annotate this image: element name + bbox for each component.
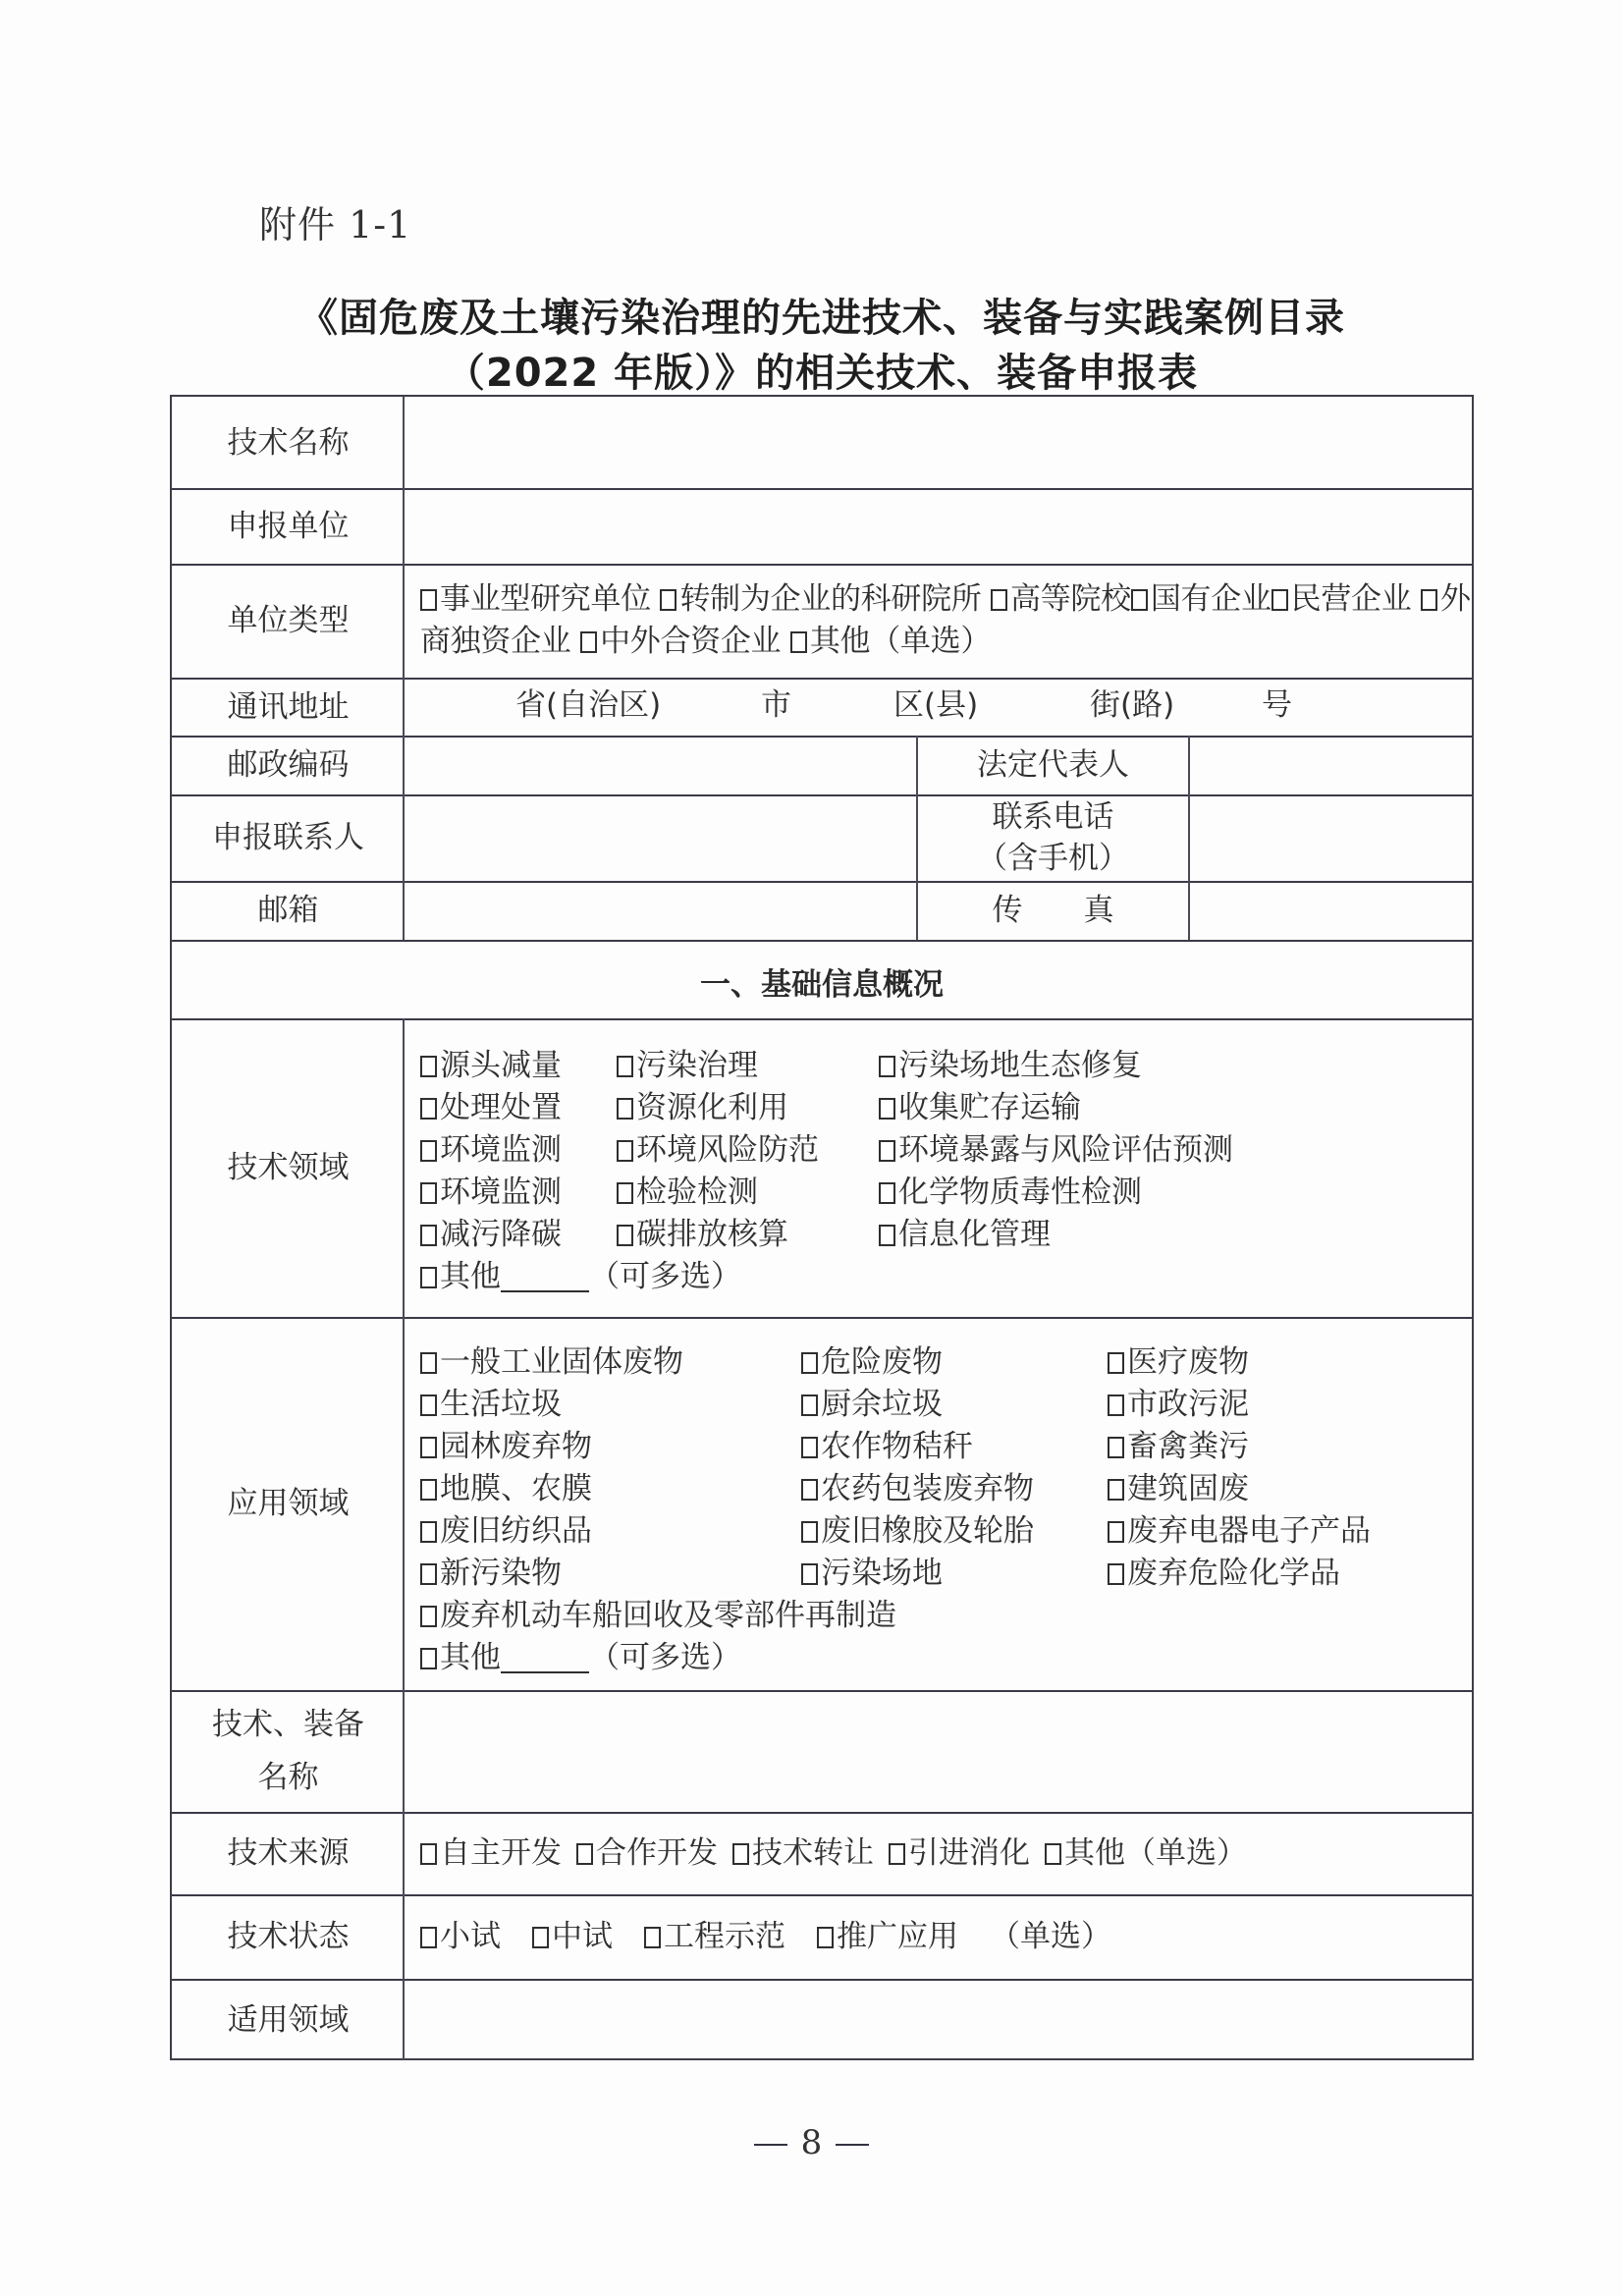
checkbox-icon[interactable]	[879, 1225, 895, 1246]
page-number: 8	[0, 2123, 1623, 2162]
dash-right	[836, 2144, 869, 2146]
checkbox-icon[interactable]	[1271, 589, 1288, 611]
checkbox-icon[interactable]	[420, 1927, 437, 1948]
checkbox-icon[interactable]	[532, 1927, 549, 1948]
address-street: 街(路)	[1090, 684, 1174, 727]
email-label: 邮箱	[172, 881, 405, 940]
checkbox-icon[interactable]	[617, 1098, 633, 1120]
form-title-line1: 《固危废及土壤污染治理的先进技术、装备与实践案例目录	[170, 287, 1474, 343]
tech-source-option[interactable]: 其他	[1045, 1835, 1125, 1871]
checkbox-icon[interactable]	[420, 1843, 437, 1865]
postal-code-field[interactable]	[405, 736, 916, 794]
tech-field-option[interactable]: 源头减量	[420, 1045, 562, 1087]
checkbox-icon[interactable]	[617, 1140, 633, 1162]
tech-name-label: 技术名称	[172, 397, 405, 488]
address-district: 区(县)	[893, 684, 978, 727]
tech-status-label: 技术状态	[172, 1894, 405, 1979]
other-blank-input[interactable]	[501, 1642, 589, 1673]
checkbox-icon[interactable]	[420, 1521, 437, 1543]
checkbox-icon[interactable]	[1108, 1437, 1124, 1458]
app-field-option[interactable]: 医疗废物	[1108, 1341, 1249, 1384]
unit-type-label: 单位类型	[172, 564, 405, 678]
checkbox-icon[interactable]	[801, 1563, 818, 1585]
app-field-option[interactable]: 建筑固废	[1108, 1468, 1249, 1510]
checkbox-icon[interactable]	[420, 1394, 437, 1416]
unit-type-option[interactable]: 事业型研究单位	[420, 581, 651, 617]
checkbox-icon[interactable]	[817, 1927, 834, 1948]
checkbox-icon[interactable]	[1108, 1352, 1124, 1374]
unit-type-option[interactable]: 其他	[790, 624, 870, 659]
checkbox-icon[interactable]	[617, 1056, 633, 1077]
app-field-option[interactable]: 新污染物	[420, 1553, 562, 1595]
app-field-label: 应用领域	[172, 1317, 405, 1690]
tech-status-options: 小试中试工程示范推广应用（单选）	[420, 1916, 1111, 1958]
fax-label: 传 真	[918, 881, 1188, 940]
application-form-table: 技术名称 申报单位 单位类型 事业型研究单位 转制为企业的科研院所 高等院校国有…	[170, 395, 1474, 2060]
tech-field-option[interactable]: 收集贮存运输	[879, 1087, 1081, 1129]
tech-source-label: 技术来源	[172, 1812, 405, 1894]
checkbox-icon[interactable]	[732, 1843, 749, 1865]
equip-name-field[interactable]	[405, 1690, 1474, 1812]
checkbox-icon[interactable]	[879, 1140, 895, 1162]
tech-field-option[interactable]: 碳排放核算	[617, 1214, 788, 1256]
app-field-option[interactable]: 厨余垃圾	[801, 1384, 943, 1426]
email-field[interactable]	[405, 881, 916, 940]
phone-field[interactable]	[1190, 794, 1474, 881]
tech-field-option[interactable]: 环境监测	[420, 1172, 562, 1214]
address-label: 通讯地址	[172, 678, 405, 736]
checkbox-icon[interactable]	[420, 589, 437, 611]
checkbox-icon[interactable]	[580, 631, 597, 653]
tech-field-option[interactable]: 信息化管理	[879, 1214, 1051, 1256]
tech-field-option[interactable]: 资源化利用	[617, 1087, 788, 1129]
tech-source-options: 自主开发合作开发技术转让引进消化其他（单选）	[420, 1832, 1247, 1875]
checkbox-icon[interactable]	[420, 1140, 437, 1162]
unit-type-option[interactable]: 中外合资企业	[580, 624, 781, 659]
section-title-basic-info: 一、基础信息概况	[172, 959, 1472, 1004]
equip-name-label: 技术、装备 名称	[172, 1690, 405, 1812]
app-field-option[interactable]: 污染场地	[801, 1553, 943, 1595]
tech-source-option[interactable]: 合作开发	[576, 1832, 718, 1875]
checkbox-icon[interactable]	[420, 1563, 437, 1585]
tech-field-other-option[interactable]: 其他（可多选）	[420, 1256, 741, 1298]
checkbox-icon[interactable]	[420, 1098, 437, 1120]
app-field-option[interactable]: 一般工业固体废物	[420, 1341, 683, 1384]
checkbox-icon[interactable]	[801, 1394, 818, 1416]
checkbox-icon[interactable]	[660, 589, 676, 611]
applicant-unit-label: 申报单位	[172, 488, 405, 564]
app-field-option[interactable]: 农作物秸秆	[801, 1426, 973, 1468]
tech-source-option[interactable]: 引进消化	[889, 1832, 1030, 1875]
checkbox-icon[interactable]	[420, 1056, 437, 1077]
checkbox-icon[interactable]	[1131, 589, 1148, 611]
dash-left	[754, 2144, 787, 2146]
checkbox-icon[interactable]	[1421, 589, 1437, 611]
checkbox-icon[interactable]	[420, 1479, 437, 1501]
app-field-option[interactable]: 生活垃圾	[420, 1384, 562, 1426]
checkbox-icon[interactable]	[1108, 1394, 1124, 1416]
fax-field[interactable]	[1190, 881, 1474, 940]
checkbox-icon[interactable]	[617, 1182, 633, 1204]
checkbox-icon[interactable]	[879, 1098, 895, 1120]
unit-type-option[interactable]: 高等院校	[991, 581, 1131, 617]
checkbox-icon[interactable]	[801, 1352, 818, 1374]
app-field-option[interactable]: 农药包装废弃物	[801, 1468, 1034, 1510]
tech-field-option[interactable]: 环境风险防范	[617, 1129, 819, 1172]
checkbox-icon[interactable]	[644, 1927, 661, 1948]
tech-field-option[interactable]: 检验检测	[617, 1172, 758, 1214]
applicable-field-label: 适用领域	[172, 1979, 405, 2060]
unit-type-option[interactable]: 民营企业	[1271, 581, 1412, 617]
checkbox-icon[interactable]	[1108, 1563, 1124, 1585]
app-field-option[interactable]: 废旧纺织品	[420, 1510, 592, 1553]
address-province: 省(自治区)	[515, 684, 661, 727]
checkbox-icon[interactable]	[617, 1225, 633, 1246]
app-field-option[interactable]: 畜禽粪污	[1108, 1426, 1249, 1468]
contact-person-field[interactable]	[405, 794, 916, 881]
tech-name-field[interactable]	[405, 397, 1474, 488]
tech-source-option[interactable]: 技术转让	[732, 1832, 874, 1875]
form-title-line2: （2022 年版）》的相关技术、装备申报表	[170, 342, 1474, 398]
unit-type-option[interactable]: 国有企业	[1131, 581, 1271, 617]
app-field-other-option[interactable]: 其他（可多选）	[420, 1637, 741, 1679]
tech-field-option[interactable]: 处理处置	[420, 1087, 562, 1129]
phone-label: 联系电话 （含手机）	[918, 794, 1188, 881]
address-number: 号	[1262, 684, 1292, 727]
unit-type-option[interactable]: 转制为企业的科研院所	[660, 581, 981, 617]
checkbox-icon[interactable]	[879, 1056, 895, 1077]
other-blank-input[interactable]	[501, 1261, 589, 1292]
row-divider	[172, 940, 1472, 942]
single-select-note: （单选）	[990, 1919, 1111, 1954]
tech-source-option[interactable]: 自主开发	[420, 1832, 562, 1875]
applicable-field-input[interactable]	[405, 1979, 1474, 2060]
app-field-option[interactable]: 危险废物	[801, 1341, 943, 1384]
contact-person-label: 申报联系人	[172, 794, 405, 881]
checkbox-icon[interactable]	[420, 1437, 437, 1458]
app-field-option[interactable]: 废弃机动车船回收及零部件再制造	[420, 1595, 896, 1637]
unit-type-options: 事业型研究单位 转制为企业的科研院所 高等院校国有企业民营企业 外商独资企业 中…	[420, 578, 1471, 663]
tech-field-option[interactable]: 污染治理	[617, 1045, 758, 1087]
app-field-option[interactable]: 地膜、农膜	[420, 1468, 592, 1510]
tech-status-option[interactable]: 中试	[532, 1916, 613, 1958]
checkbox-icon[interactable]	[991, 589, 1007, 611]
checkbox-icon[interactable]	[420, 1606, 437, 1627]
checkbox-icon[interactable]	[420, 1352, 437, 1374]
tech-field-label: 技术领域	[172, 1018, 405, 1317]
single-select-note: （单选）	[1125, 1835, 1247, 1871]
tech-status-option[interactable]: 小试	[420, 1916, 501, 1958]
checkbox-icon[interactable]	[1045, 1843, 1061, 1865]
tech-field-option[interactable]: 环境暴露与风险评估预测	[879, 1129, 1233, 1172]
tech-field-option[interactable]: 减污降碳	[420, 1214, 562, 1256]
tech-status-option[interactable]: 推广应用	[817, 1916, 958, 1958]
single-select-note: （单选）	[870, 624, 991, 659]
app-field-option[interactable]: 市政污泥	[1108, 1384, 1249, 1426]
checkbox-icon[interactable]	[889, 1843, 905, 1865]
legal-rep-field[interactable]	[1190, 736, 1474, 794]
app-field-option[interactable]: 园林废弃物	[420, 1426, 592, 1468]
app-field-option[interactable]: 废旧橡胶及轮胎	[801, 1510, 1034, 1553]
tech-field-option[interactable]: 环境监测	[420, 1129, 562, 1172]
app-field-option[interactable]: 废弃电器电子产品	[1108, 1510, 1371, 1553]
checkbox-icon[interactable]	[420, 1267, 437, 1288]
checkbox-icon[interactable]	[1108, 1479, 1124, 1501]
checkbox-icon[interactable]	[420, 1225, 437, 1246]
checkbox-icon[interactable]	[420, 1182, 437, 1204]
legal-rep-label: 法定代表人	[918, 736, 1188, 794]
tech-field-option[interactable]: 污染场地生态修复	[879, 1045, 1142, 1087]
tech-field-option[interactable]: 化学物质毒性检测	[879, 1172, 1142, 1214]
checkbox-icon[interactable]	[790, 631, 807, 653]
checkbox-icon[interactable]	[801, 1521, 818, 1543]
checkbox-icon[interactable]	[1108, 1521, 1124, 1543]
checkbox-icon[interactable]	[801, 1479, 818, 1501]
applicant-unit-field[interactable]	[405, 488, 1474, 564]
checkbox-icon[interactable]	[879, 1182, 895, 1204]
tech-status-option[interactable]: 工程示范	[644, 1916, 785, 1958]
checkbox-icon[interactable]	[576, 1843, 593, 1865]
checkbox-icon[interactable]	[420, 1648, 437, 1669]
address-city: 市	[761, 684, 791, 727]
app-field-option[interactable]: 废弃危险化学品	[1108, 1553, 1340, 1595]
attachment-label: 附件 1-1	[259, 194, 411, 248]
postal-code-label: 邮政编码	[172, 736, 405, 794]
checkbox-icon[interactable]	[801, 1437, 818, 1458]
